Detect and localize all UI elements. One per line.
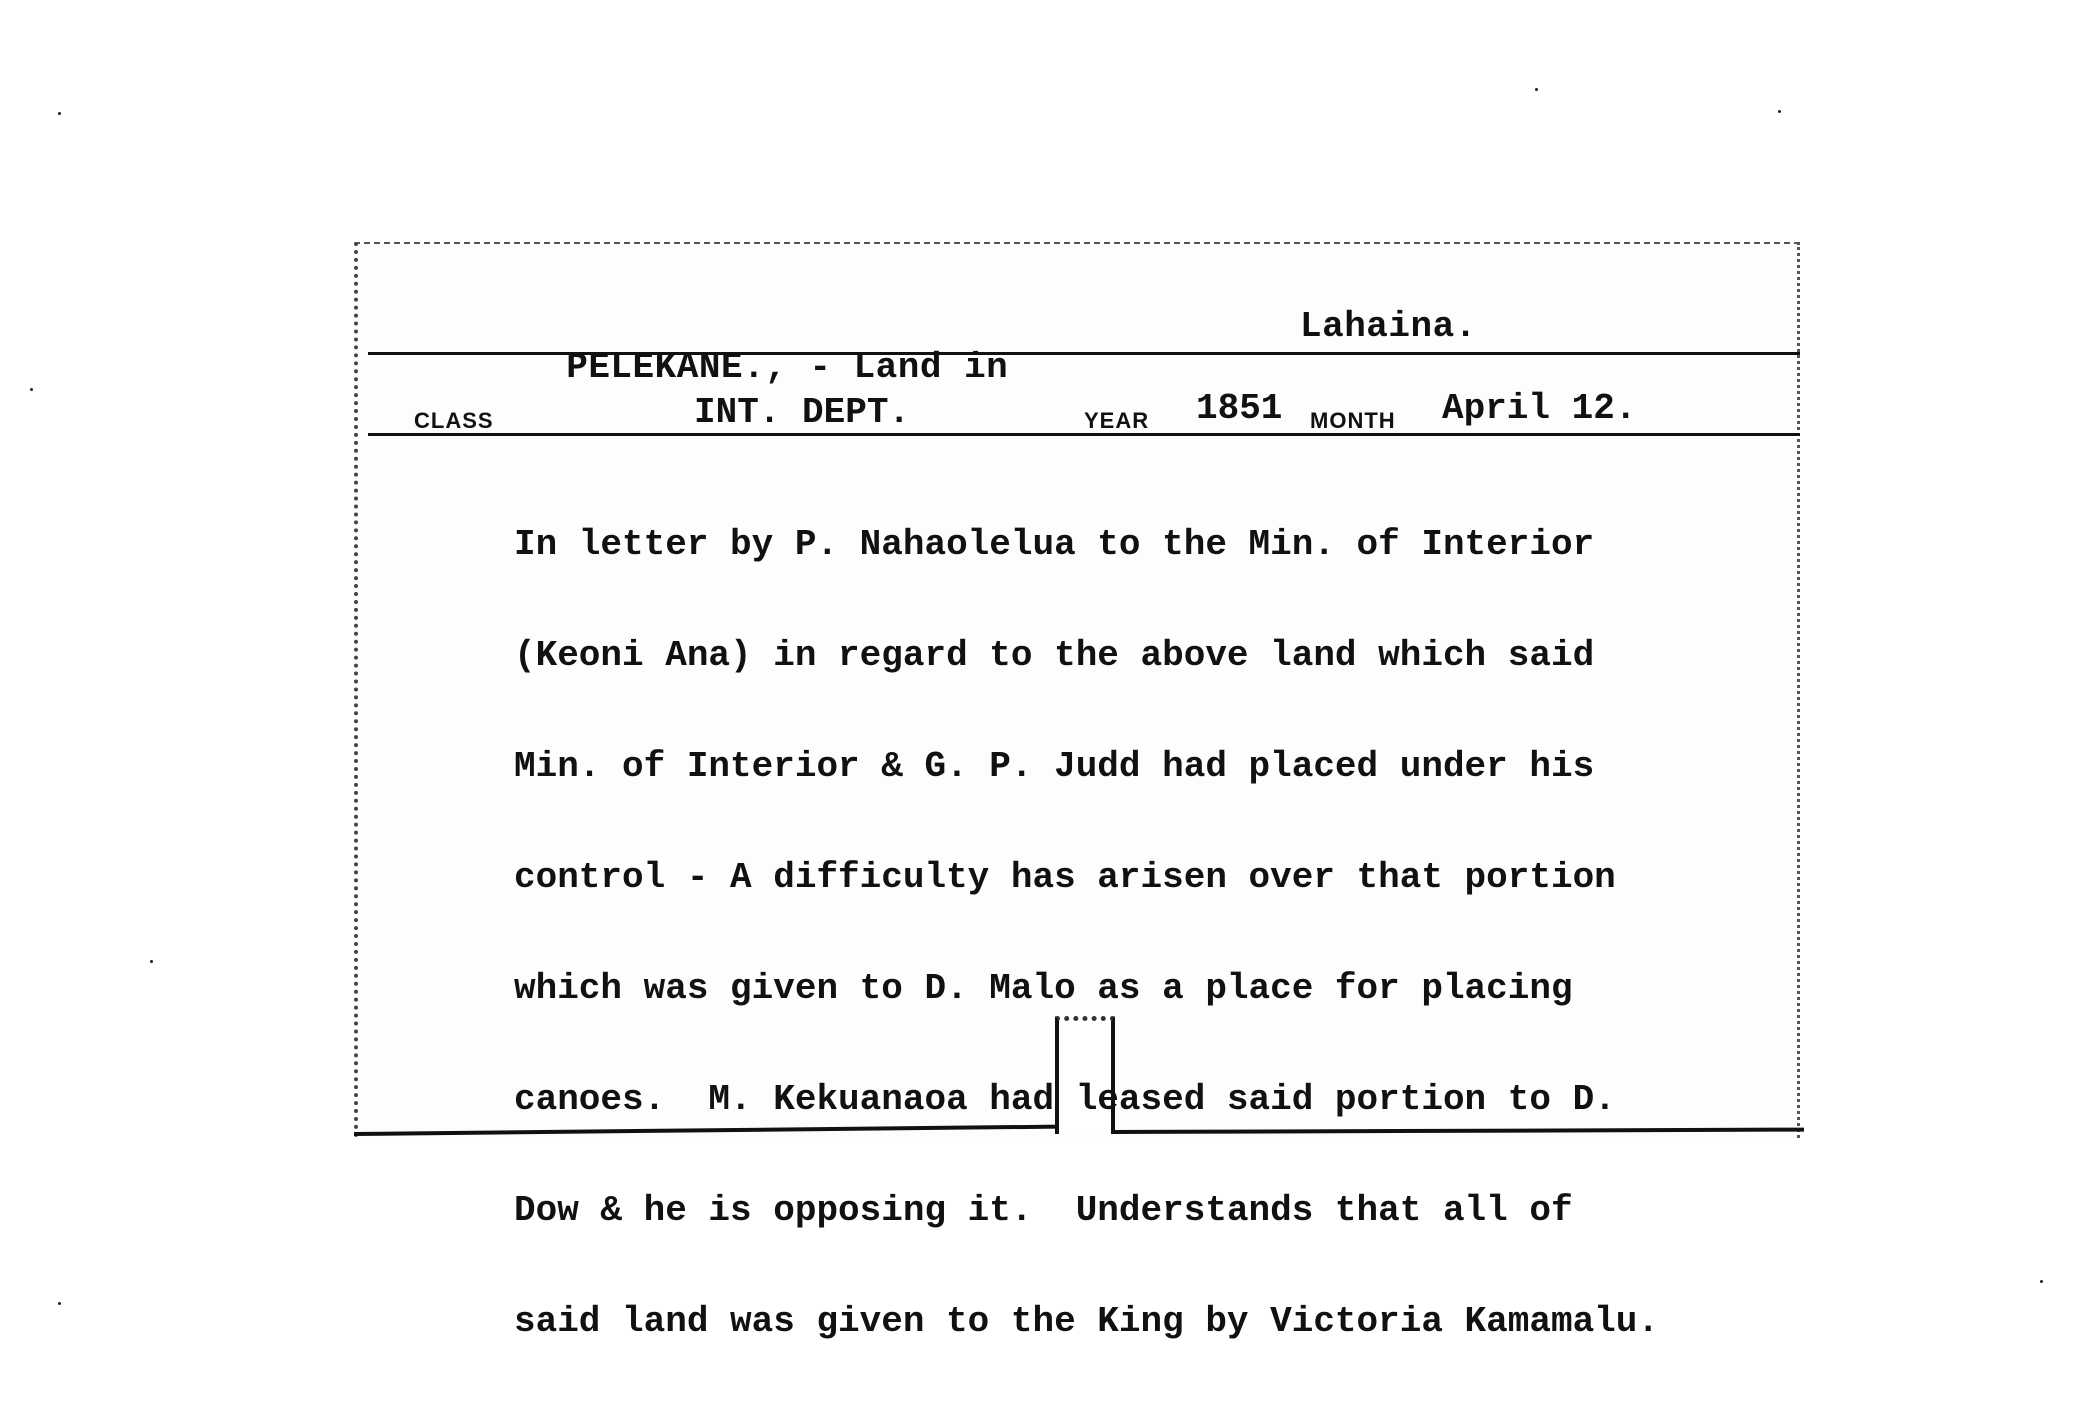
body-line: which was given to D. Malo as a place fo… [514, 970, 1804, 1007]
scan-speck [150, 960, 153, 963]
class-value: INT. DEPT. [694, 392, 910, 433]
scan-speck [58, 112, 61, 115]
body-line: said land was given to the King by Victo… [514, 1303, 1804, 1340]
body-line: In letter by P. Nahaolelua to the Min. o… [514, 526, 1804, 563]
month-value: April 12. [1442, 388, 1636, 429]
card-body-text: In letter by P. Nahaolelua to the Min. o… [514, 452, 1804, 1377]
scan-speck [1778, 110, 1781, 113]
scan-speck [2040, 1280, 2043, 1283]
month-label: MONTH [1310, 408, 1396, 434]
year-label: YEAR [1084, 408, 1149, 434]
year-value: 1851 [1196, 388, 1282, 429]
body-line: canoes. M. Kekuanaoa had leased said por… [514, 1081, 1804, 1118]
body-line: (Keoni Ana) in regard to the above land … [514, 637, 1804, 674]
body-line: Dow & he is opposing it. Understands tha… [514, 1192, 1804, 1229]
scan-speck [58, 1302, 61, 1305]
body-line: control - A difficulty has arisen over t… [514, 859, 1804, 896]
body-line: Min. of Interior & G. P. Judd had placed… [514, 748, 1804, 785]
card-subject: PELEKANE., - Land in [566, 347, 1008, 388]
scan-speck [30, 388, 33, 391]
card-place: Lahaina. [1300, 306, 1477, 347]
class-label: CLASS [414, 408, 494, 434]
scan-speck [1535, 88, 1538, 91]
